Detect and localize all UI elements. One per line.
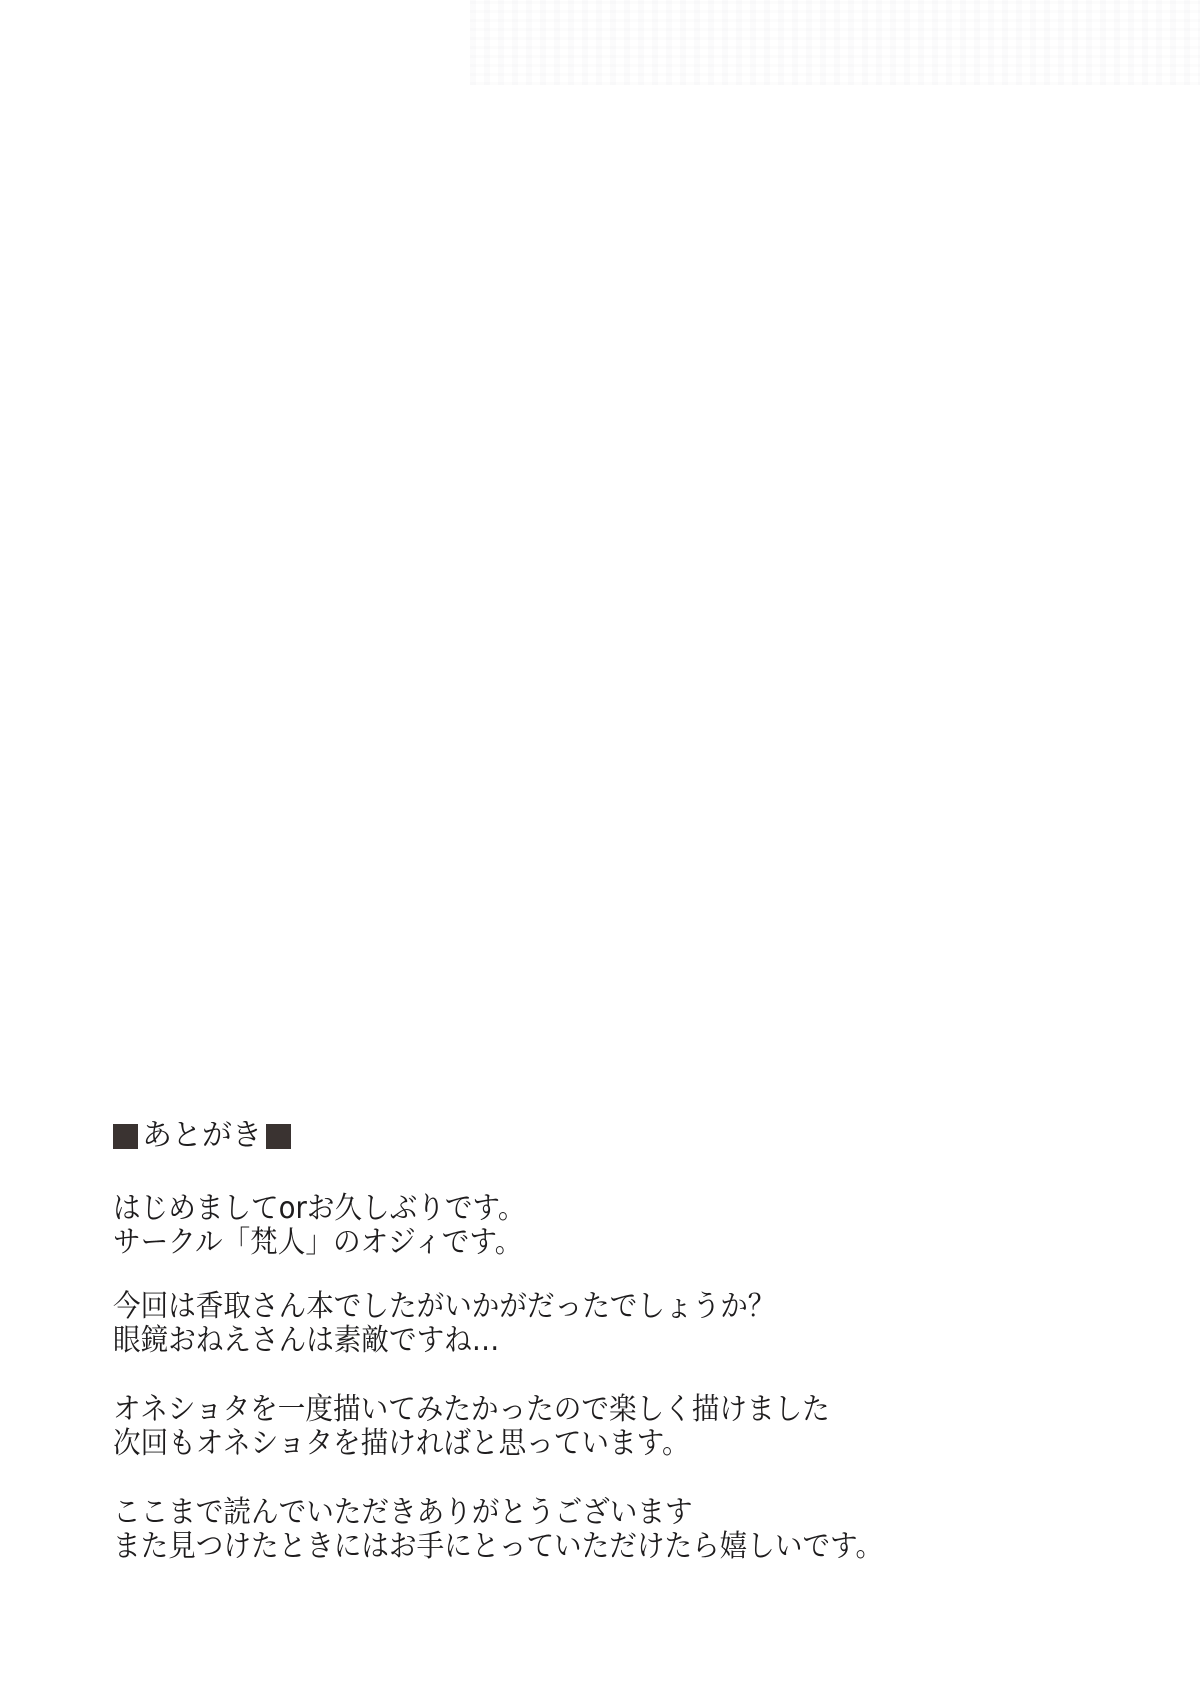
text-line: 眼鏡おねえさんは素敵ですね… [113,1324,1033,1358]
paragraph-thanks: ここまで読んでいただきありがとうございます また見つけたときにはお手にとっていた… [113,1496,1113,1564]
text-line: オネショタを一度描いてみたかったので楽しく描けました [113,1393,1033,1427]
text-line: ここまで読んでいただきありがとうございます [113,1496,1033,1530]
paragraph-impression: 今回は香取さん本でしたがいかがだったでしょうか？ 眼鏡おねえさんは素敵ですね… [113,1290,1113,1358]
text-line: はじめましてorお久しぶりです。 [113,1192,1033,1226]
document-page: あとがき はじめましてorお久しぶりです。 サークル「梵人」のオジィです。 今回… [0,0,1200,1705]
text-line: 今回は香取さん本でしたがいかがだったでしょうか？ [113,1290,1033,1324]
section-heading: あとがき [113,1118,1113,1154]
text-line: サークル「梵人」のオジィです。 [113,1226,1033,1260]
text-line: 次回もオネショタを描ければと思っています。 [113,1427,1033,1461]
paragraph-theme: オネショタを一度描いてみたかったので楽しく描けました 次回もオネショタを描ければ… [113,1393,1113,1461]
paragraph-greeting: はじめましてorお久しぶりです。 サークル「梵人」のオジィです。 [113,1192,1113,1260]
afterword-section: あとがき はじめましてorお久しぶりです。 サークル「梵人」のオジィです。 今回… [113,1118,1113,1154]
square-marker-right-icon [266,1124,291,1149]
reverse-side-show-through [470,0,1200,85]
square-marker-left-icon [113,1124,138,1149]
text-line: また見つけたときにはお手にとっていただけたら嬉しいです。 [113,1530,1033,1564]
section-heading-text: あとがき [142,1118,262,1154]
